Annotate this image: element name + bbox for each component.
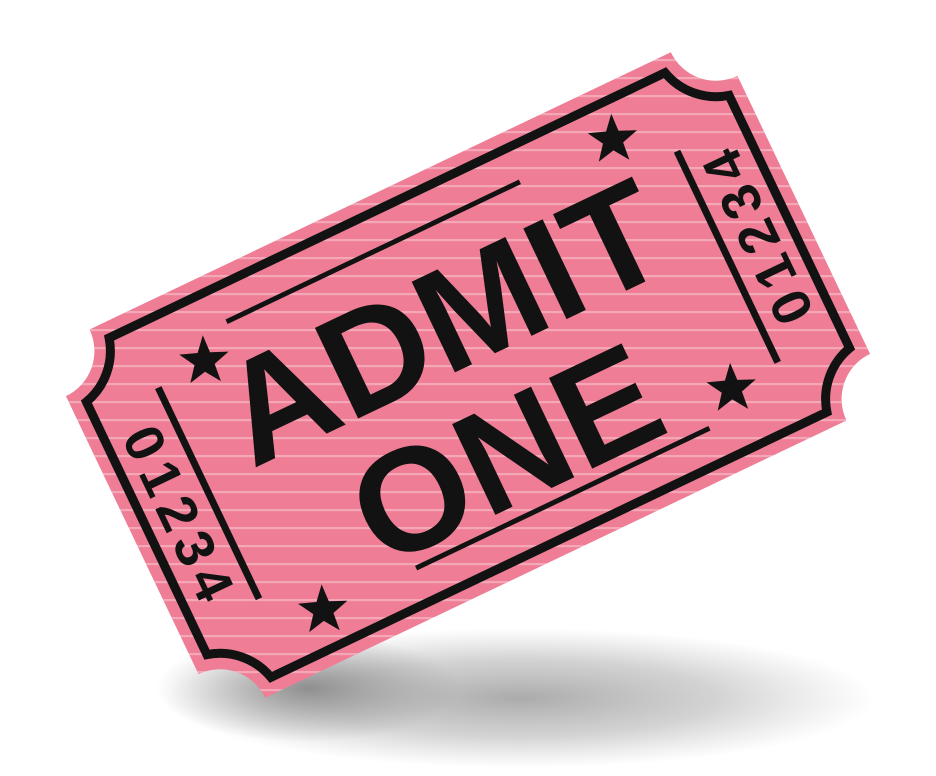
ticket-illustration-stage: ADMIT ONE 01234 01234 xyxy=(0,0,936,776)
ticket: ADMIT ONE 01234 01234 xyxy=(44,31,891,720)
admit-one-ticket-illustration: ADMIT ONE 01234 01234 xyxy=(0,0,936,776)
